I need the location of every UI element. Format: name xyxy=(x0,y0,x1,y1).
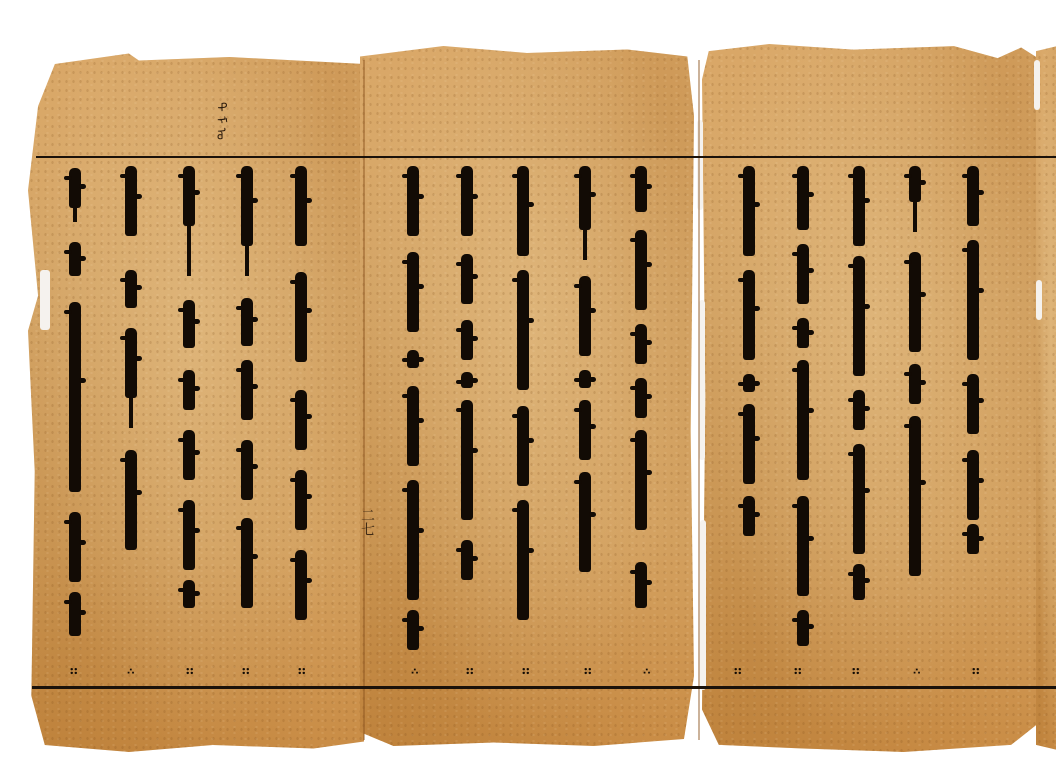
script-column xyxy=(906,160,928,600)
manuscript-photo: ᠲ ᠮ ᠣ 二七 xyxy=(0,0,1056,783)
punctuation-mark: :: xyxy=(791,667,804,675)
punctuation-mark: ⁖ xyxy=(909,667,922,674)
punctuation-mark: :: xyxy=(969,667,982,675)
punctuation-mark: ⁖ xyxy=(123,667,136,674)
fold-line xyxy=(363,60,365,740)
script-column xyxy=(404,160,426,660)
script-column xyxy=(292,160,314,620)
punctuation-mark: :: xyxy=(183,667,196,675)
script-column xyxy=(514,160,536,640)
paper-tear xyxy=(1034,60,1040,110)
paper-tear xyxy=(40,270,50,330)
script-column xyxy=(122,160,144,600)
script-column xyxy=(794,160,816,650)
paper-tear xyxy=(1036,280,1042,320)
script-column xyxy=(740,160,762,540)
script-column xyxy=(964,160,986,560)
script-column xyxy=(180,160,202,620)
manuscript-panel-4-partial xyxy=(1036,44,1056,752)
punctuation-mark: ⁖ xyxy=(407,667,420,674)
punctuation-mark: ⁖ xyxy=(639,667,652,674)
punctuation-mark: :: xyxy=(67,667,80,675)
script-column xyxy=(576,160,598,580)
bottom-rule-line xyxy=(32,686,1056,689)
script-column xyxy=(850,160,872,610)
punctuation-mark: :: xyxy=(295,667,308,675)
script-column xyxy=(238,160,260,620)
script-column xyxy=(66,160,88,640)
fold-line xyxy=(698,60,700,740)
punctuation-mark: :: xyxy=(519,667,532,675)
script-column xyxy=(632,160,654,620)
punctuation-mark: :: xyxy=(849,667,862,675)
margin-note: ᠲ ᠮ ᠣ xyxy=(214,102,227,140)
fold-numeral: 二七 xyxy=(360,508,374,536)
paper-tear xyxy=(700,520,706,690)
punctuation-mark: :: xyxy=(581,667,594,675)
punctuation-mark: :: xyxy=(463,667,476,675)
punctuation-mark: :: xyxy=(731,667,744,675)
script-column xyxy=(458,160,480,630)
top-rule-line xyxy=(36,156,1056,158)
punctuation-mark: :: xyxy=(239,667,252,675)
